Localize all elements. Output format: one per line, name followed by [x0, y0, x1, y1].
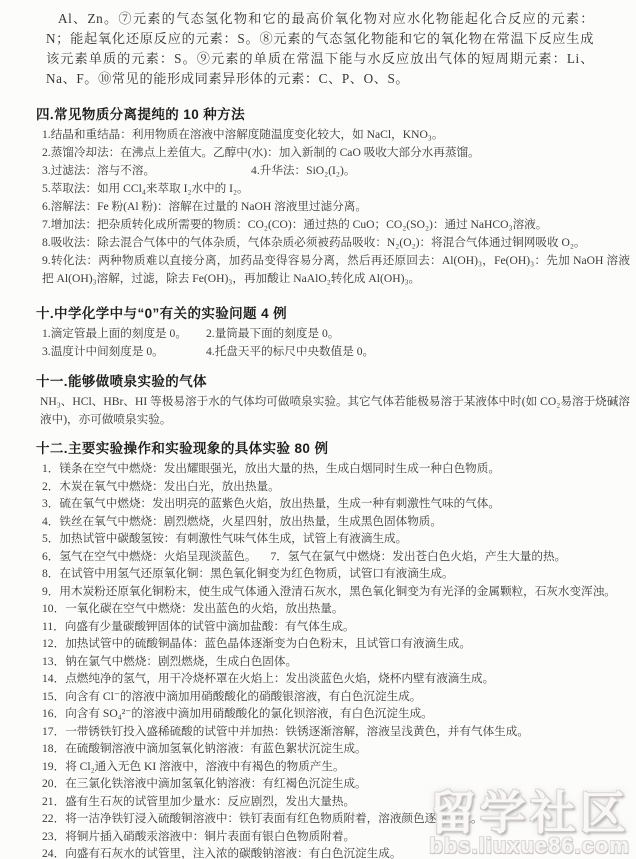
list-item: 21．盛有生石灰的试管里加少量水：反应剧烈，发出大量热。	[42, 793, 632, 811]
list-item: 22．将一洁净铁钉浸入硫酸铜溶液中：铁钉表面有红色物质附着，溶液颜色逐渐变浅。	[42, 810, 632, 828]
list-item: 10．一氧化碳在空气中燃烧：发出蓝色的火焰，放出热量。	[42, 600, 632, 618]
list-item: 8.吸收法：除去混合气体中的气体杂质，气体杂质必须被药品吸收：N₂(O₂)：将混…	[42, 234, 632, 252]
paragraph-continuation: Al、Zn。⑦元素的气态氢化物和它的最高价氧化物对应水化物能起化合反应的元素：N…	[46, 9, 594, 89]
section-heading-twelve: 十二.主要实验操作和实验现象的具体实验 80 例	[36, 437, 636, 457]
list-item: 13．钠在氯气中燃烧：剧烈燃烧，生成白色固体。	[42, 653, 632, 671]
list-item: 5.萃取法：如用 CCl₄来萃取 I₂水中的 I₂。	[42, 180, 632, 198]
list-item: 6.溶解法：Fe 粉(Al 粉)：溶解在过量的 NaOH 溶液里过滤分离。	[42, 198, 632, 216]
list-item: 20．在三氯化铁溶液中滴加氢氧化钠溶液：有红褐色沉淀生成。	[42, 775, 632, 793]
list-item: 7.增加法：把杂质转化成所需要的物质：CO₂(CO)：通过热的 CuO；CO₂(…	[42, 216, 632, 234]
list-item: 3.过滤法：溶与不溶。4.升华法：SiO₂(I₂)。	[42, 162, 632, 180]
list-item: 1．镁条在空气中燃烧：发出耀眼强光，放出大量的热，生成白烟同时生成一种白色物质。	[42, 460, 632, 478]
section-eleven-paragraph: NH₃、HCl、HBr、HI 等极易溶于水的气体均可做喷泉实验。其它气体若能极易…	[40, 393, 630, 428]
list-item: 18．在硫酸铜溶液中滴加氢氧化钠溶液：有蓝色絮状沉淀生成。	[42, 740, 632, 758]
section-heading-four: 四.常见物质分离提纯的 10 种方法	[36, 103, 636, 123]
list-item: 9．用木炭粉还原氧化铜粉末，使生成气体通入澄清石灰水，黑色氧化铜变为有光泽的金属…	[42, 583, 630, 601]
list-item: 8．在试管中用氢气还原氧化铜：黑色氧化铜变为红色物质，试管口有液滴生成。	[42, 565, 632, 583]
list-item: 6．氢气在空气中燃烧：火焰呈现淡蓝色。7．氢气在氯气中燃烧：发出苍白色火焰，产生…	[42, 548, 632, 566]
list-item: 19．将 Cl₂通入无色 KI 溶液中，溶液中有褐色的物质产生。	[42, 758, 632, 776]
list-item: 14．点燃纯净的氢气，用干冷烧杯罩在火焰上：发出淡蓝色火焰，烧杯内壁有液滴生成。	[42, 670, 632, 688]
list-item: 24．向盛有石灰水的试管里，注入浓的碳酸钠溶液：有白色沉淀生成。	[42, 845, 632, 859]
section-heading-eleven: 十一.能够做喷泉实验的气体	[36, 370, 636, 390]
list-item: 12．加热试管中的硫酸铜晶体：蓝色晶体逐渐变为白色粉末，且试管口有液滴生成。	[42, 635, 632, 653]
list-item: 1.结晶和重结晶：利用物质在溶液中溶解度随温度变化较大，如 NaCl，KNO₃。	[42, 126, 632, 144]
list-item: 9.转化法：两种物质难以直接分离，加药品变得容易分离，然后再还原回去：Al(OH…	[42, 252, 630, 288]
list-item: 11．向盛有少量碳酸钾固体的试管中滴加盐酸：有气体生成。	[42, 618, 632, 636]
list-item: 15．向含有 Cl⁻的溶液中滴加用硝酸酸化的硝酸银溶液，有白色沉淀生成。	[42, 688, 632, 706]
list-item: 5．加热试管中碳酸氢铵：有刺激性气味气体生成，试管上有液滴生成。	[42, 530, 632, 548]
section-heading-ten: 十.中学化学中与“0”有关的实验问题 4 例	[36, 302, 636, 322]
list-item: 2.蒸馏冷却法：在沸点上差值大。乙醇中(水)：加入新制的 CaO 吸收大部分水再…	[42, 144, 632, 162]
document-page: Al、Zn。⑦元素的气态氢化物和它的最高价氧化物对应水化物能起化合反应的元素：N…	[0, 0, 636, 859]
list-item: 4．铁丝在氧气中燃烧：剧烈燃烧，火星四射，放出热量，生成黑色固体物质。	[42, 513, 632, 531]
list-item: 3.温度计中间刻度是 0。4.托盘天平的标尺中央数值是 0。	[42, 343, 632, 361]
list-item: 16．向含有 SO₄²⁻的溶液中滴加用硝酸酸化的氯化钡溶液，有白色沉淀生成。	[42, 705, 632, 723]
section-ten-list: 1.滴定管最上面的刻度是 0。2.量筒最下面的刻度是 0。 3.温度计中间刻度是…	[42, 325, 632, 361]
list-item: 23．将铜片插入硝酸汞溶液中：铜片表面有银白色物质附着。	[42, 828, 632, 846]
list-item: 2．木炭在氧气中燃烧：发出白光，放出热量。	[42, 478, 632, 496]
list-item: 3．硫在氧气中燃烧：发出明亮的蓝紫色火焰，放出热量，生成一种有刺激性气味的气体。	[42, 495, 632, 513]
section-twelve-list: 1．镁条在空气中燃烧：发出耀眼强光，放出大量的热，生成白烟同时生成一种白色物质。…	[42, 460, 632, 859]
list-item: 1.滴定管最上面的刻度是 0。2.量筒最下面的刻度是 0。	[42, 325, 632, 343]
list-item: 17．一带锈铁钉投入盛稀硫酸的试管中并加热：铁锈逐渐溶解，溶液呈浅黄色，并有气体…	[42, 723, 632, 741]
section-four-list: 1.结晶和重结晶：利用物质在溶液中溶解度随温度变化较大，如 NaCl，KNO₃。…	[42, 126, 632, 288]
